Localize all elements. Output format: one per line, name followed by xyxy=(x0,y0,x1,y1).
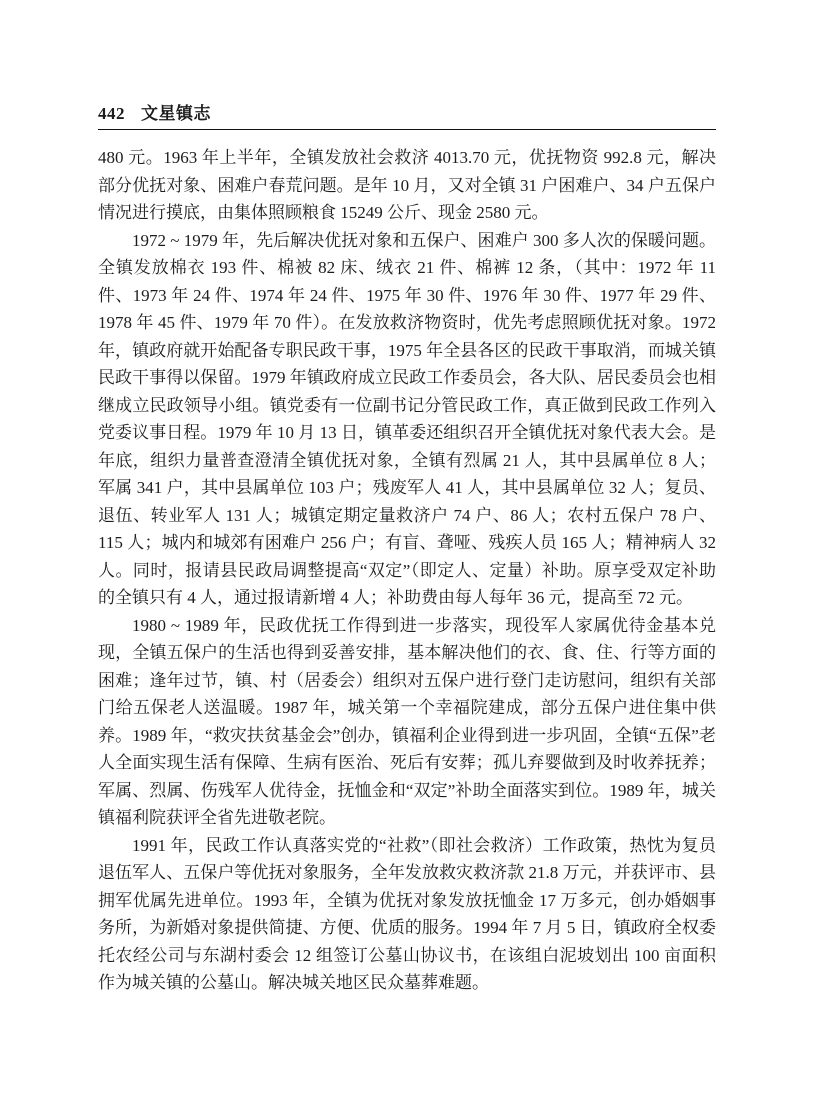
paragraph-1980-1989-welfare: 1980 ~ 1989 年，民政优抚工作得到进一步落实，现役军人家属优待金基本兑… xyxy=(98,612,716,832)
header-rule xyxy=(98,129,716,130)
book-page: 442 文星镇志 480 元。1963 年上半年，全镇发放社会救济 4013.7… xyxy=(0,0,816,1099)
paragraph-1991-1994-policy: 1991 年，民政工作认真落实党的“社救”（即社会救济）工作政策，热忱为复员退伍… xyxy=(98,832,716,997)
page-body: 480 元。1963 年上半年，全镇发放社会救济 4013.70 元，优抚物资 … xyxy=(98,144,716,997)
page-number: 442 xyxy=(98,104,125,124)
paragraph-1972-1979-civil-affairs: 1972 ~ 1979 年，先后解决优抚对象和五保户、困难户 300 多人次的保… xyxy=(98,227,716,612)
page-header: 442 文星镇志 xyxy=(98,104,716,124)
book-title: 文星镇志 xyxy=(141,104,211,124)
paragraph-1963-relief: 480 元。1963 年上半年，全镇发放社会救济 4013.70 元，优抚物资 … xyxy=(98,144,716,227)
